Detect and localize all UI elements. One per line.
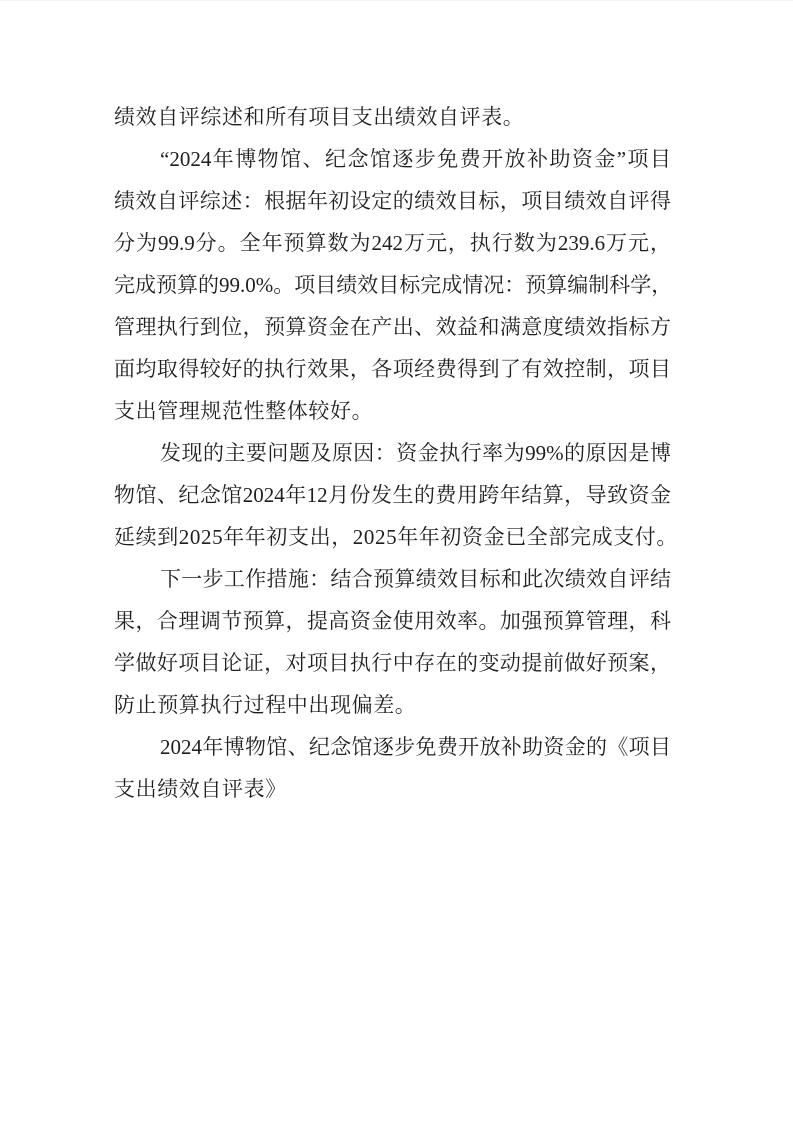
doc-line-13: 果，合理调节预算，提高资金使用效率。加强预算管理，科: [114, 600, 671, 642]
doc-line-9: 发现的主要问题及原因：资金执行率为99%的原因是博: [114, 432, 671, 474]
doc-line-12: 下一步工作措施：结合预算绩效目标和此次绩效自评结: [114, 558, 671, 600]
doc-line-16: 2024年博物馆、纪念馆逐步免费开放补助资金的《项目: [114, 726, 671, 768]
doc-line-2: “2024年博物馆、纪念馆逐步免费开放补助资金”项目: [114, 138, 671, 180]
doc-line-3: 绩效自评综述：根据年初设定的绩效目标，项目绩效自评得: [114, 180, 671, 222]
doc-line-15: 防止预算执行过程中出现偏差。: [114, 684, 671, 726]
document-page: 绩效自评综述和所有项目支出绩效自评表。 “2024年博物馆、纪念馆逐步免费开放补…: [0, 0, 793, 1122]
text-block: 绩效自评综述和所有项目支出绩效自评表。 “2024年博物馆、纪念馆逐步免费开放补…: [114, 96, 671, 810]
doc-line-7: 面均取得较好的执行效果，各项经费得到了有效控制，项目: [114, 348, 671, 390]
doc-line-5: 完成预算的99.0%。项目绩效目标完成情况：预算编制科学，: [114, 264, 671, 306]
doc-line-10: 物馆、纪念馆2024年12月份发生的费用跨年结算，导致资金: [114, 474, 671, 516]
doc-line-11: 延续到2025年年初支出，2025年年初资金已全部完成支付。: [114, 516, 671, 558]
doc-line-1: 绩效自评综述和所有项目支出绩效自评表。: [114, 96, 671, 138]
doc-line-4: 分为99.9分。全年预算数为242万元，执行数为239.6万元，: [114, 222, 671, 264]
doc-line-17: 支出绩效自评表》: [114, 768, 671, 810]
doc-line-14: 学做好项目论证，对项目执行中存在的变动提前做好预案，: [114, 642, 671, 684]
doc-line-8: 支出管理规范性整体较好。: [114, 390, 671, 432]
doc-line-6: 管理执行到位，预算资金在产出、效益和满意度绩效指标方: [114, 306, 671, 348]
